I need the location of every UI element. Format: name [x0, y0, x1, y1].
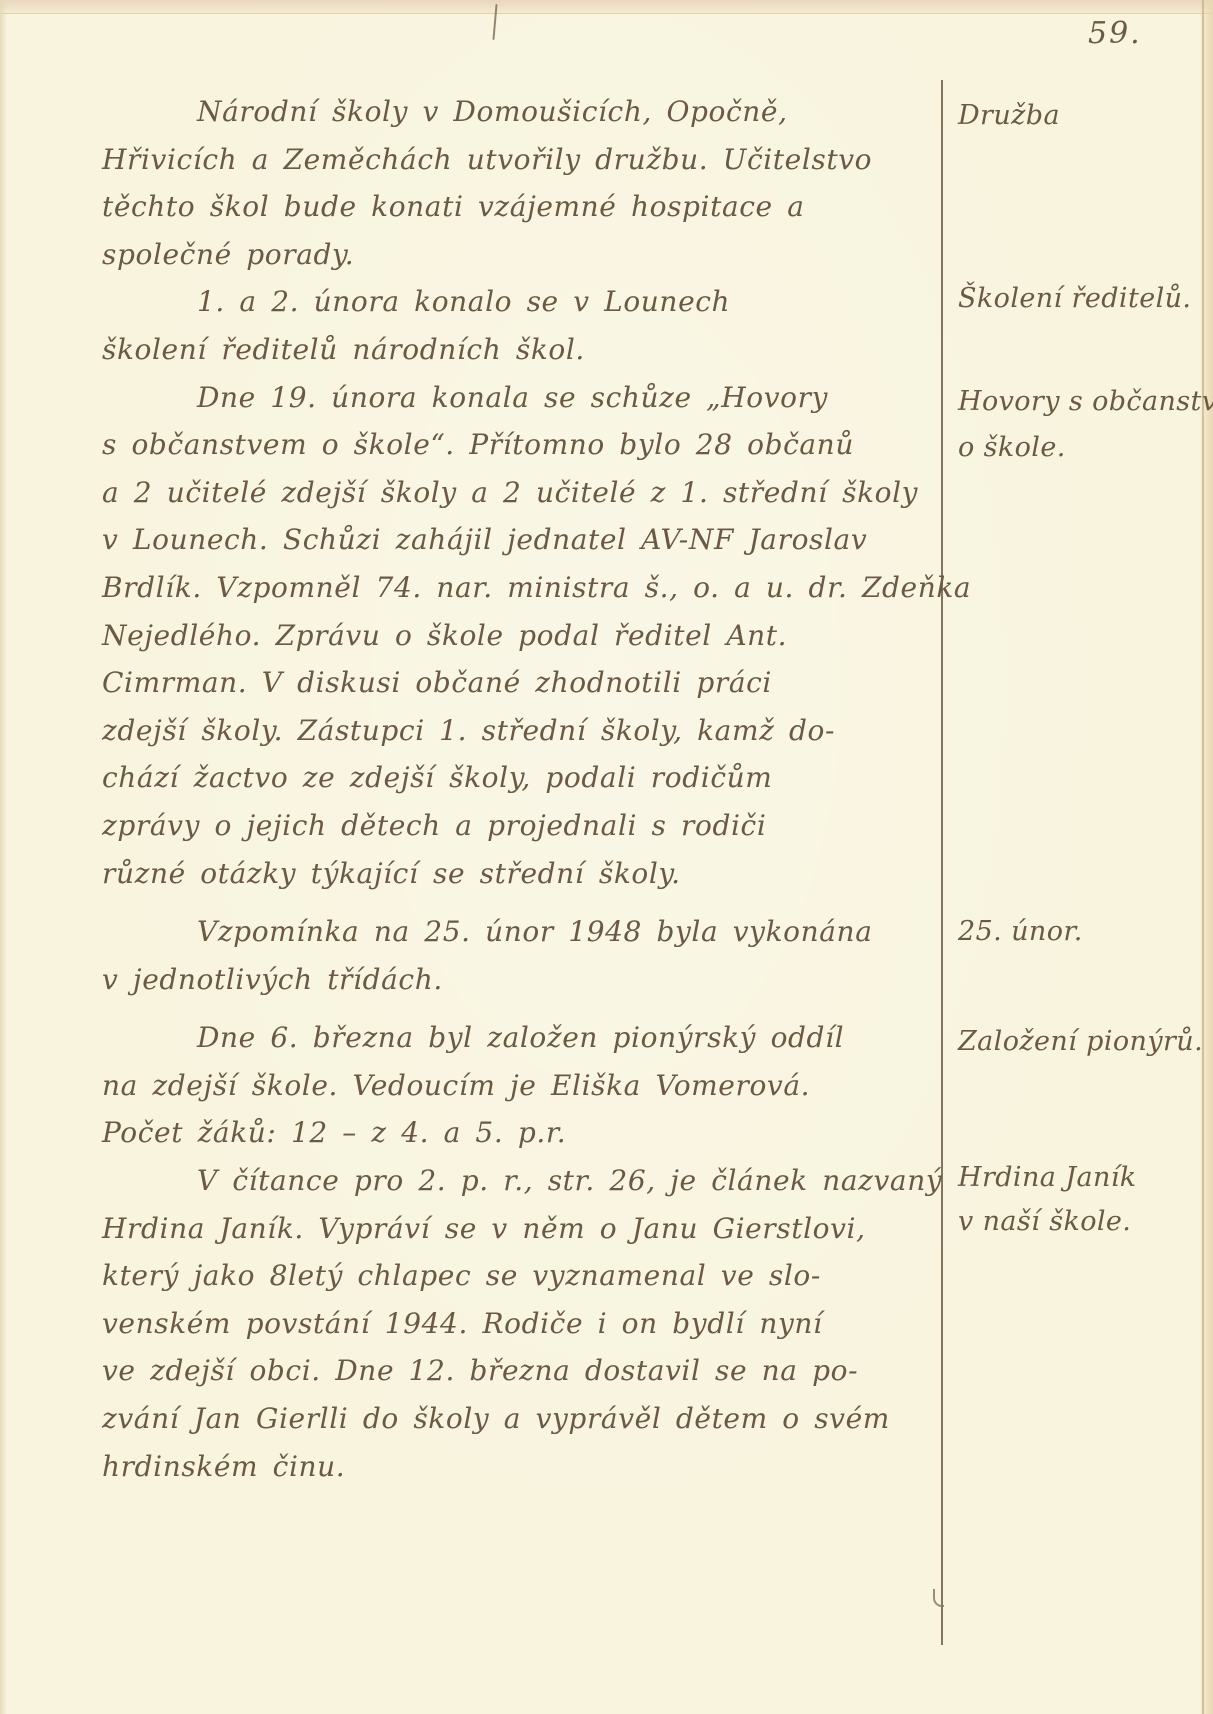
- adjacent-page-top-edge: [0, 0, 1213, 14]
- paragraph: V čítance pro 2. p. r., str. 26, je člán…: [102, 1157, 914, 1490]
- handwritten-line: hrdinském činu.: [102, 1443, 914, 1491]
- page-left-edge: [0, 0, 7, 1714]
- paragraph: Dne 19. února konala se schůze „Hovorys …: [102, 374, 914, 898]
- handwritten-line: těchto škol bude konati vzájemné hospita…: [102, 183, 914, 231]
- margin-note-druzba: Družba: [958, 100, 1060, 131]
- margin-note-hrdina-line2: v naší škole.: [958, 1206, 1131, 1237]
- handwritten-line: Brdlík. Vzpomněl 74. nar. ministra š., o…: [102, 564, 914, 612]
- handwritten-line: různé otázky týkající se střední školy.: [102, 850, 914, 898]
- handwritten-line: Cimrman. V diskusi občané zhodnotili prá…: [102, 659, 914, 707]
- handwritten-line: školení ředitelů národních škol.: [102, 326, 914, 374]
- handwritten-line: ve zdejší obci. Dne 12. března dostavil …: [102, 1347, 914, 1395]
- margin-note-25-unor: 25. únor.: [958, 916, 1083, 947]
- handwritten-line: Nejedlého. Zprávu o škole podal ředitel …: [102, 612, 914, 660]
- handwritten-line: Dne 6. března byl založen pionýrský oddí…: [102, 1014, 914, 1062]
- handwritten-body-text: Národní školy v Domoušicích, Opočně,Hřiv…: [102, 88, 914, 1490]
- handwritten-line: Dne 19. února konala se schůze „Hovory: [102, 374, 914, 422]
- handwritten-line: Národní školy v Domoušicích, Opočně,: [102, 88, 914, 136]
- handwritten-line: na zdejší škole. Vedoucím je Eliška Vome…: [102, 1062, 914, 1110]
- handwritten-line: chází žactvo ze zdejší školy, podali rod…: [102, 754, 914, 802]
- handwritten-line: 1. a 2. února konalo se v Lounech: [102, 278, 914, 326]
- handwritten-line: venském povstání 1944. Rodiče i on bydlí…: [102, 1300, 914, 1348]
- margin-note-hovory-line2: o škole.: [958, 432, 1066, 463]
- handwritten-line: V čítance pro 2. p. r., str. 26, je člán…: [102, 1157, 914, 1205]
- handwritten-line: v Lounech. Schůzi zahájil jednatel AV-NF…: [102, 516, 914, 564]
- paragraph: 1. a 2. února konalo se v Lounechškolení…: [102, 278, 914, 373]
- page-right-crease: [1202, 0, 1204, 1714]
- page-number: 59.: [1088, 16, 1142, 51]
- paragraph: Národní školy v Domoušicích, Opočně,Hřiv…: [102, 88, 914, 278]
- paragraph: Dne 6. března byl založen pionýrský oddí…: [102, 1014, 914, 1157]
- handwritten-line: zvání Jan Gierlli do školy a vyprávěl dě…: [102, 1395, 914, 1443]
- handwritten-line: společné porady.: [102, 231, 914, 279]
- handwritten-line: Hrdina Janík. Vypráví se v něm o Janu Gi…: [102, 1205, 914, 1253]
- margin-note-pionyri: Založení pionýrů.: [958, 1026, 1203, 1057]
- handwritten-line: s občanstvem o škole“. Přítomno bylo 28 …: [102, 421, 914, 469]
- chronicle-page: { "page": { "number": "59.", "paper_colo…: [0, 0, 1213, 1714]
- handwritten-line: který jako 8letý chlapec se vyznamenal v…: [102, 1252, 914, 1300]
- handwritten-line: zprávy o jejich dětech a projednali s ro…: [102, 802, 914, 850]
- handwritten-line: zdejší školy. Zástupci 1. střední školy,…: [102, 707, 914, 755]
- margin-note-hovory-line1: Hovory s občanstvem: [958, 386, 1213, 417]
- handwritten-line: Vzpomínka na 25. únor 1948 byla vykonána: [102, 908, 914, 956]
- handwritten-line: Hřivicích a Zeměchách utvořily družbu. U…: [102, 136, 914, 184]
- margin-note-skoleni: Školení ředitelů.: [958, 283, 1191, 314]
- handwritten-line: a 2 učitelé zdejší školy a 2 učitelé z 1…: [102, 469, 914, 517]
- handwritten-line: v jednotlivých třídách.: [102, 956, 914, 1004]
- margin-note-hrdina-line1: Hrdina Janík: [958, 1162, 1137, 1193]
- margin-rule-line: [941, 80, 943, 1645]
- handwritten-line: Počet žáků: 12 – z 4. a 5. p.r.: [102, 1109, 914, 1157]
- paragraph: Vzpomínka na 25. únor 1948 byla vykonána…: [102, 908, 914, 1003]
